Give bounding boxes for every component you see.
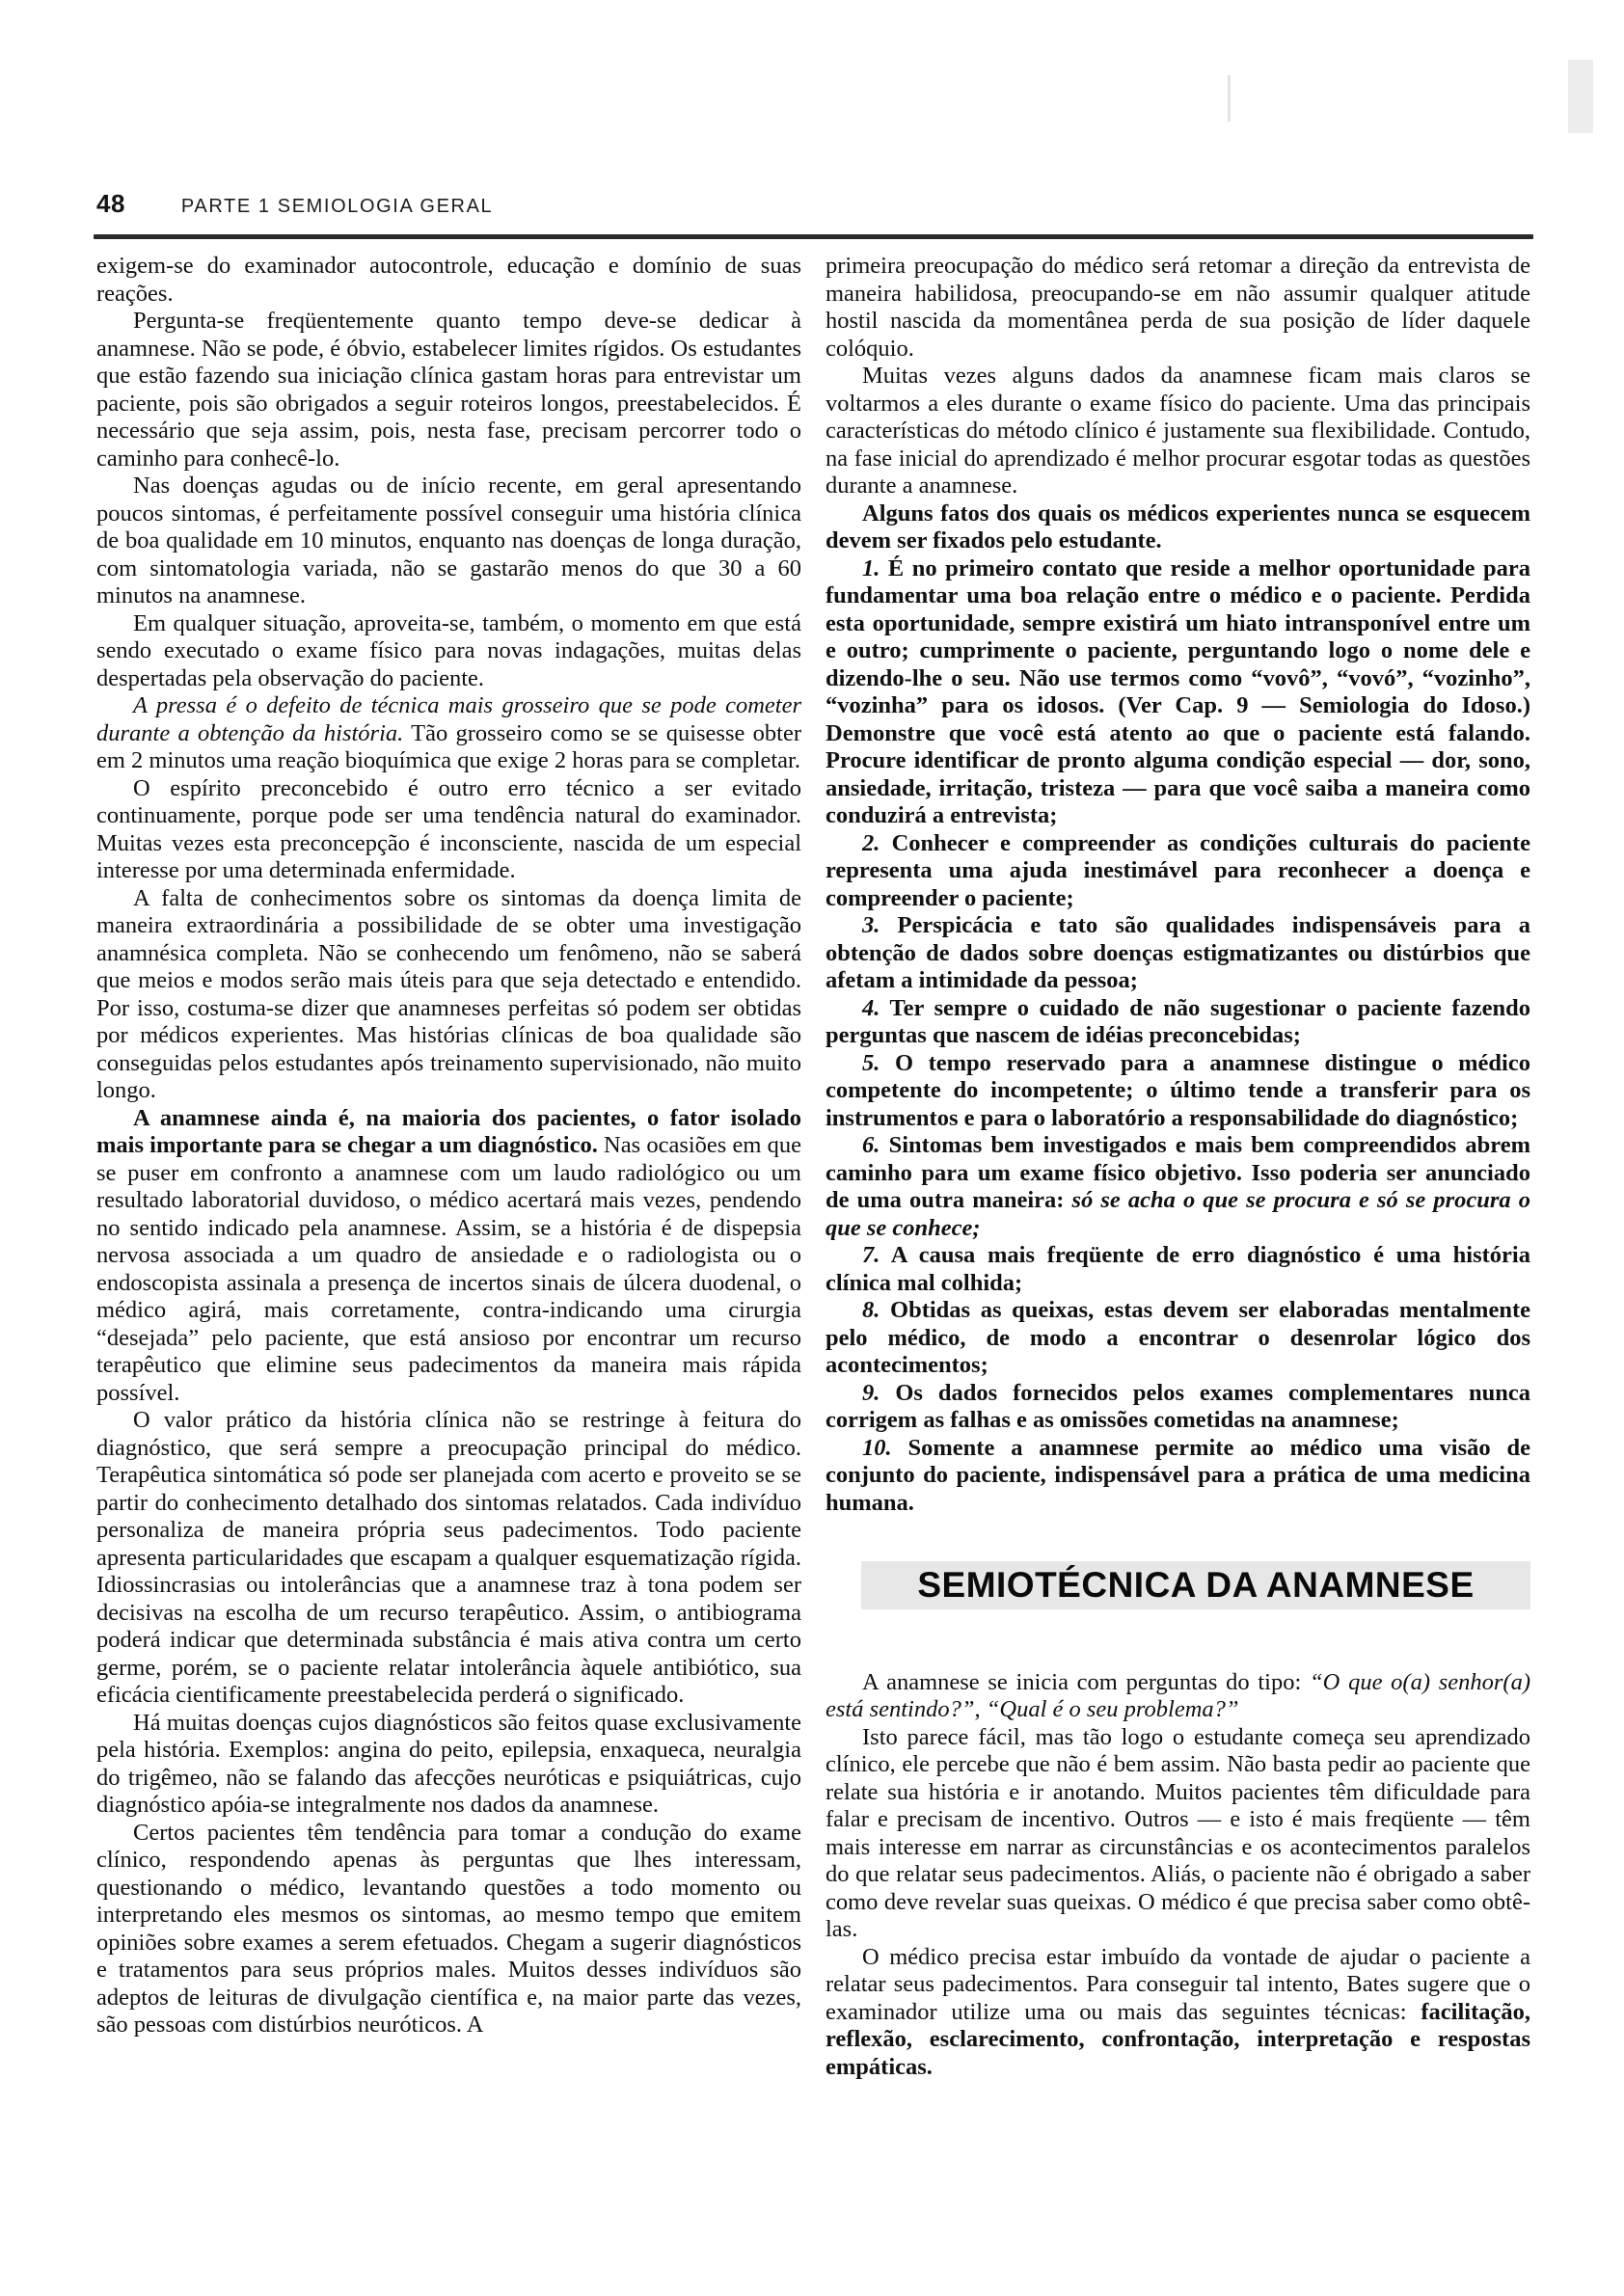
- paragraph: O valor prático da história clínica não …: [96, 1407, 801, 1710]
- scan-artifact: [1568, 60, 1593, 133]
- paragraph: 10. Somente a anamnese permite ao médico…: [826, 1435, 1530, 1518]
- text-run: A anamnese se inicia com perguntas do ti…: [862, 1669, 1310, 1695]
- paragraph: exigem-se do examinador autocontrole, ed…: [96, 253, 801, 308]
- text-run: 7.: [862, 1242, 880, 1268]
- text-run: Nas ocasiões em que se puser em confront…: [96, 1132, 801, 1406]
- text-run: Muitas vezes alguns dados da anamnese fi…: [826, 363, 1530, 499]
- page-number: 48: [96, 189, 125, 219]
- text-run: Somente a anamnese permite ao médico uma…: [826, 1435, 1530, 1516]
- text-run: O espírito preconcebido é outro erro téc…: [96, 775, 801, 884]
- section-heading: SEMIOTÉCNICA DA ANAMNESE: [861, 1561, 1530, 1609]
- text-run: 6.: [862, 1132, 880, 1158]
- paragraph: Alguns fatos dos quais os médicos experi…: [826, 500, 1530, 555]
- text-run: primeira preocupação do médico será reto…: [826, 253, 1530, 362]
- text-run: Pergunta-se freqüentemente quanto tempo …: [96, 308, 801, 472]
- paragraph: A falta de conhecimentos sobre os sintom…: [96, 885, 801, 1105]
- paragraph: 3. Perspicácia e tato são qualidades ind…: [826, 912, 1530, 995]
- text-run: Alguns fatos dos quais os médicos experi…: [826, 500, 1530, 554]
- text-run: Nas doenças agudas ou de início recente,…: [96, 473, 801, 608]
- paragraph: 7. A causa mais freqüente de erro diagnó…: [826, 1242, 1530, 1297]
- text-run: 9.: [862, 1380, 880, 1406]
- text-run: 5.: [862, 1050, 880, 1076]
- paragraph: 9. Os dados fornecidos pelos exames comp…: [826, 1380, 1530, 1435]
- paragraph: 4. Ter sempre o cuidado de não sugestion…: [826, 995, 1530, 1050]
- paragraph: A pressa é o defeito de técnica mais gro…: [96, 692, 801, 775]
- paragraph: Há muitas doenças cujos diagnósticos são…: [96, 1710, 801, 1820]
- text-run: Obtidas as queixas, estas devem ser elab…: [826, 1297, 1530, 1378]
- text-run: Perspicácia e tato são qualidades indisp…: [826, 912, 1530, 993]
- text-run: Ter sempre o cuidado de não sugestionar …: [826, 995, 1530, 1049]
- paragraph: 8. Obtidas as queixas, estas devem ser e…: [826, 1297, 1530, 1380]
- text-run: A causa mais freqüente de erro diagnósti…: [826, 1242, 1530, 1296]
- paragraph: Muitas vezes alguns dados da anamnese fi…: [826, 363, 1530, 500]
- paragraph: 5. O tempo reservado para a anamnese dis…: [826, 1050, 1530, 1133]
- text-run: 1.: [862, 555, 880, 581]
- text-run: Isto parece fácil, mas tão logo o estuda…: [826, 1724, 1530, 1943]
- paragraph: A anamnese se inicia com perguntas do ti…: [826, 1669, 1530, 1724]
- text-run: O valor prático da história clínica não …: [96, 1407, 801, 1708]
- paragraph: O médico precisa estar imbuído da vontad…: [826, 1944, 1530, 2082]
- paragraph: O espírito preconcebido é outro erro téc…: [96, 775, 801, 885]
- text-run: A falta de conhecimentos sobre os sintom…: [96, 885, 801, 1104]
- text-run: 10.: [862, 1435, 892, 1461]
- text-run: “Qual é o seu problema?”: [987, 1696, 1239, 1722]
- text-run: É no primeiro contato que reside a melho…: [826, 555, 1530, 829]
- left-column: exigem-se do examinador autocontrole, ed…: [96, 253, 801, 2081]
- paragraph: Isto parece fácil, mas tão logo o estuda…: [826, 1724, 1530, 1944]
- text-run: 8.: [862, 1297, 880, 1323]
- text-run: Os dados fornecidos pelos exames complem…: [826, 1380, 1530, 1434]
- scan-artifact: [1228, 75, 1231, 122]
- text-run: Certos pacientes têm tendência para toma…: [96, 1820, 801, 2039]
- text-run: 3.: [862, 912, 880, 938]
- paragraph: Em qualquer situação, aproveita-se, tamb…: [96, 610, 801, 693]
- text-run: 2.: [862, 830, 880, 856]
- text-run: exigem-se do examinador autocontrole, ed…: [96, 253, 801, 307]
- text-columns: exigem-se do examinador autocontrole, ed…: [96, 253, 1530, 2081]
- text-run: ,: [975, 1696, 987, 1722]
- paragraph: 2. Conhecer e compreender as condições c…: [826, 830, 1530, 913]
- paragraph: A anamnese ainda é, na maioria dos pacie…: [96, 1105, 801, 1408]
- paragraph: Pergunta-se freqüentemente quanto tempo …: [96, 308, 801, 473]
- running-header: PARTE 1 SEMIOLOGIA GERAL: [181, 196, 493, 218]
- page-header: 48 PARTE 1 SEMIOLOGIA GERAL: [96, 189, 493, 219]
- paragraph: 6. Sintomas bem investigados e mais bem …: [826, 1132, 1530, 1242]
- right-column: primeira preocupação do médico será reto…: [826, 253, 1530, 2081]
- text-run: 4.: [862, 995, 880, 1021]
- text-run: Há muitas doenças cujos diagnósticos são…: [96, 1710, 801, 1819]
- paragraph: primeira preocupação do médico será reto…: [826, 253, 1530, 363]
- text-run: O tempo reservado para a anamnese distin…: [826, 1050, 1530, 1131]
- text-run: Em qualquer situação, aproveita-se, tamb…: [96, 610, 801, 691]
- text-run: Conhecer e compreender as condições cult…: [826, 830, 1530, 911]
- paragraph: Certos pacientes têm tendência para toma…: [96, 1820, 801, 2039]
- header-rule: [94, 234, 1533, 239]
- paragraph: Nas doenças agudas ou de início recente,…: [96, 473, 801, 610]
- paragraph: 1. É no primeiro contato que reside a me…: [826, 555, 1530, 830]
